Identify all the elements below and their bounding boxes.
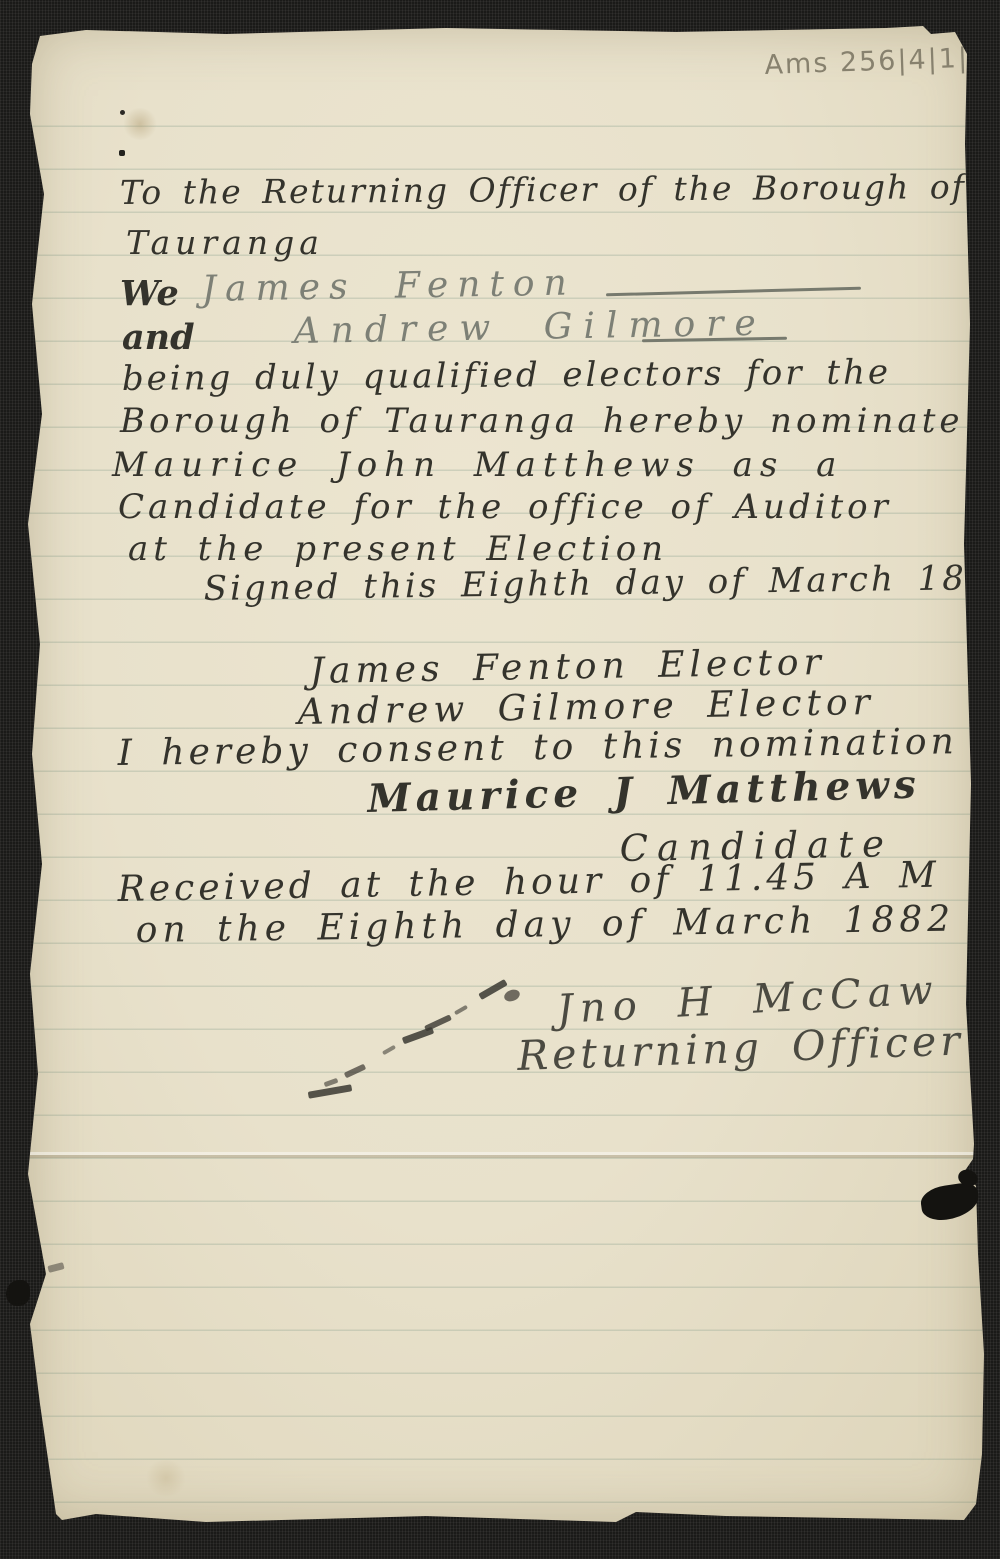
line-salutation-2: Tauranga [126, 226, 324, 259]
ink-smudge [382, 1045, 396, 1055]
paper-stain [144, 1460, 188, 1496]
flourish-dash [606, 287, 861, 297]
fold-crease [26, 1152, 984, 1162]
line-salutation-1: To the Returning Officer of the Borough … [120, 170, 966, 209]
line-body-3: Maurice John Matthews as a [112, 448, 843, 482]
ink-smudge [47, 1262, 64, 1273]
ink-blot-bottom-left [6, 1280, 30, 1306]
elector-name-2: Andrew Gilmore [293, 306, 767, 350]
line-received-2: on the Eighth day of March 1882 [135, 902, 955, 949]
photo-background: Ams 256|4|1|8 To the Returning Officer o… [0, 0, 1000, 1559]
line-body-1: being duly qualified electors for the [122, 355, 891, 396]
ink-smudge [503, 988, 522, 1004]
elector-name-1: James Fenton [201, 265, 576, 308]
line-body-4: Candidate for the office of Auditor [118, 490, 892, 524]
ink-smudge [344, 1064, 366, 1079]
word-we: We [120, 276, 179, 311]
officer-title: Returning Officer [517, 1020, 965, 1077]
ink-speck [119, 150, 125, 156]
paper-stain [122, 108, 158, 140]
ink-smudge [402, 1027, 434, 1045]
word-and: and [122, 320, 195, 355]
candidate-signature: Maurice J Matthews [367, 766, 921, 819]
archive-reference: Ams 256|4|1|8 [764, 44, 989, 79]
line-body-2: Borough of Tauranga hereby nominate [120, 404, 963, 438]
line-signed: Signed this Eighth day of March 1882 [204, 561, 1000, 606]
line-body-5: at the present Election [128, 532, 668, 566]
ink-speck [120, 110, 125, 115]
document-page: Ams 256|4|1|8 To the Returning Officer o… [26, 24, 984, 1524]
ink-smudge [454, 1005, 468, 1015]
ink-smudge [308, 1084, 353, 1099]
